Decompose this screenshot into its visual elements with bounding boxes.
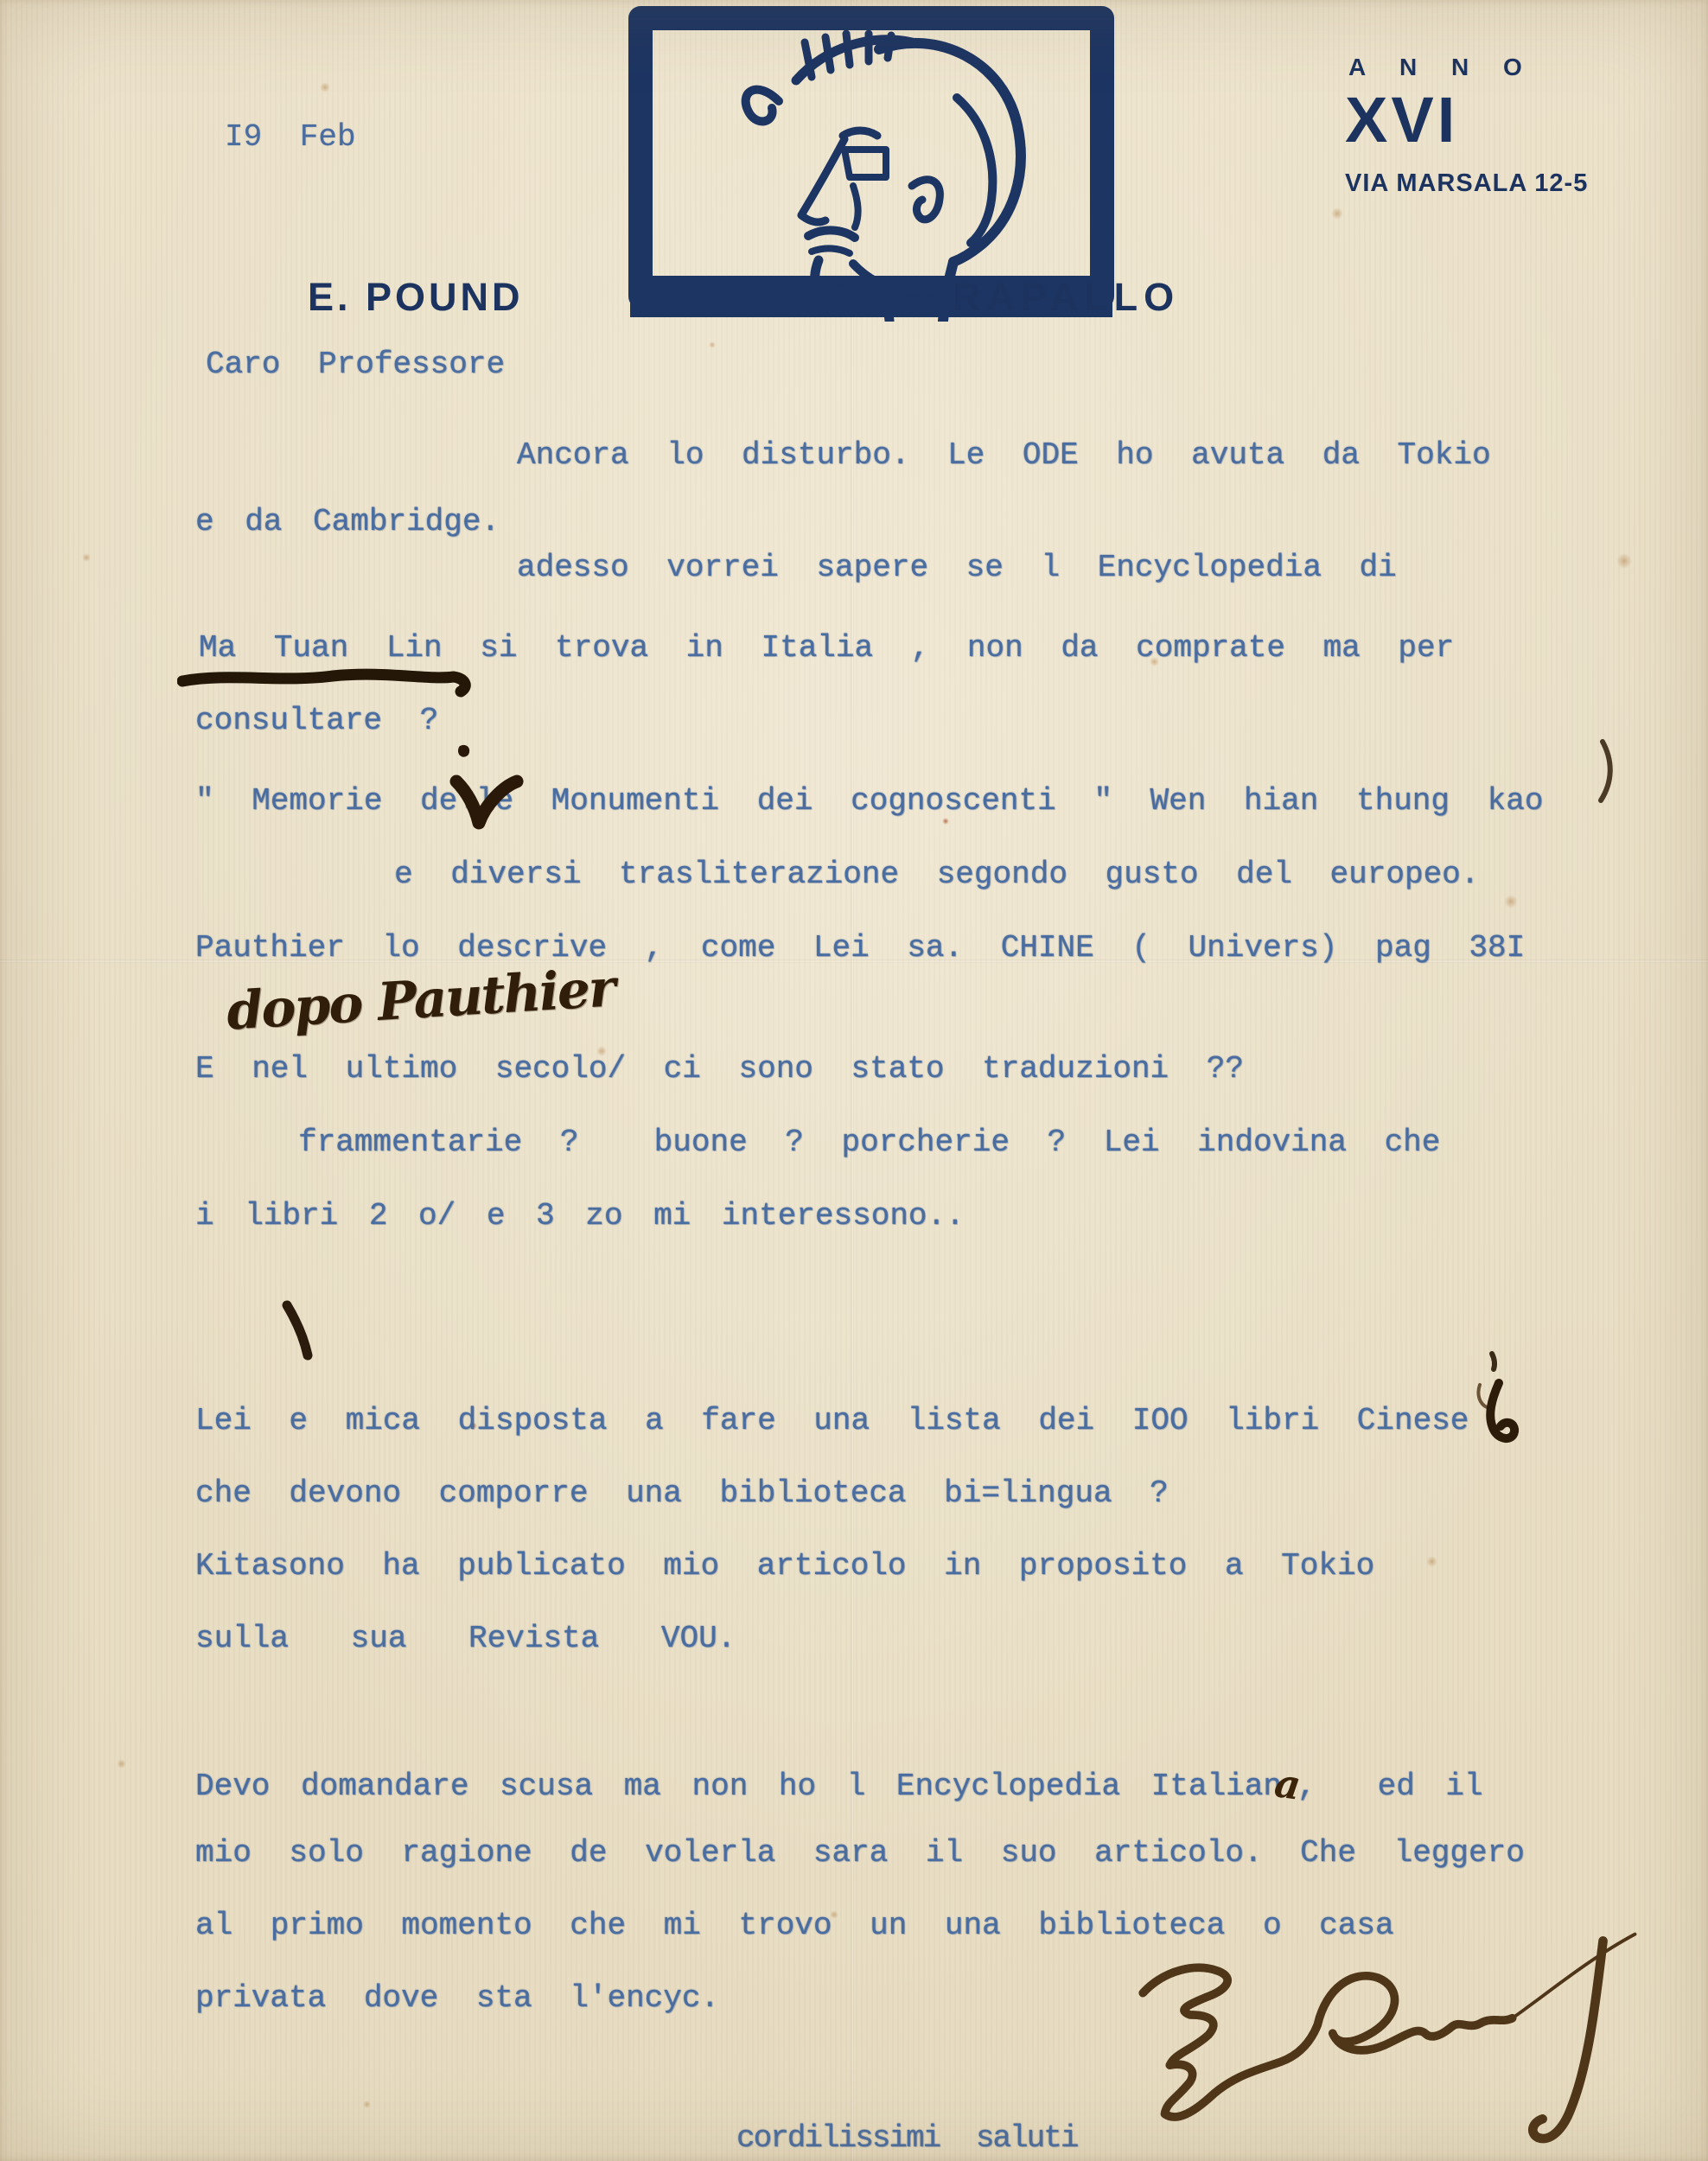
typed-line: sulla sua Revista VOU. [195, 1620, 736, 1658]
letterhead-anno-label: A N N O [1348, 54, 1536, 81]
letterhead-address: VIA MARSALA 12-5 [1345, 169, 1588, 198]
foxing-spot [1616, 553, 1632, 569]
foxing-spot [117, 1759, 126, 1769]
delle-correction-stroke [430, 736, 534, 840]
foxing-spot [1504, 895, 1518, 908]
typed-line: Devo domandare scusa ma non ho l Encyclo… [195, 1762, 1483, 1806]
typed-segment: Devo domandare scusa ma non ho l Encyclo… [195, 1769, 1282, 1804]
foxing-spot [1426, 1556, 1437, 1567]
foxing-spot [82, 553, 91, 562]
foxing-spot [320, 82, 330, 92]
letter-page: I9 Feb E. POUND RAPALLO A N N O XVI VIA … [0, 0, 1708, 2161]
pound-profile-woodcut-icon [627, 3, 1116, 322]
typed-line: Ma Tuan Lin si trova in Italia , non da … [199, 629, 1454, 667]
closing-salute: cordilissimi saluti [736, 2120, 1077, 2158]
typed-line: adesso vorrei sapere se l Encyclopedia d… [517, 549, 1397, 587]
typed-line: consultare ? [195, 702, 438, 740]
typed-line: Lei e mica disposta a fare una lista dei… [195, 1402, 1469, 1440]
foxing-spot [709, 341, 716, 348]
typed-line: i libri 2 o/ e 3 zo mi interessono.. [195, 1197, 965, 1235]
dopo-pauthier-annotation: dopo Pauthier [225, 958, 615, 1042]
ma-tuan-lin-underline [177, 664, 480, 702]
typed-line: mio solo ragione de volerla sara il suo … [195, 1834, 1525, 1872]
typed-line: e da Cambridge. [195, 503, 500, 541]
cinese-correction-mark [1461, 1345, 1539, 1457]
handwritten-letter-a: a [1272, 1763, 1303, 1805]
letterhead-anno-numeral: XVI [1345, 83, 1458, 156]
salutation: Caro Professore [206, 346, 505, 384]
typed-segment: , ed il [1297, 1769, 1483, 1804]
letterhead-city: RAPALLO [953, 275, 1180, 320]
margin-pen-tick [1596, 736, 1625, 809]
ezra-pound-signature [1091, 1926, 1679, 2156]
typed-line: Pauthier lo descrive , come Lei sa. CHIN… [195, 929, 1525, 967]
foxing-spot [1331, 207, 1343, 220]
typed-line: frammentarie ? buone ? porcherie ? Lei i… [298, 1124, 1440, 1162]
typed-line: Ancora lo disturbo. Le ODE ho avuta da T… [517, 437, 1491, 475]
typed-line: Kitasono ha publicato mio articolo in pr… [195, 1547, 1374, 1585]
typed-line: che devono comporre una biblioteca bi=li… [195, 1475, 1169, 1513]
typed-line: E nel ultimo secolo/ ci sono stato tradu… [195, 1050, 1244, 1088]
typed-line: " Memorie delle Monumenti dei cognoscent… [195, 782, 1543, 820]
typed-date: I9 Feb [225, 119, 356, 155]
typed-line: privata dove sta l'encyc. [195, 1979, 719, 2018]
typed-line: e diversi trasliterazione segondo gusto … [394, 856, 1479, 894]
ink-stroke-above-lei [278, 1298, 322, 1367]
letterhead-sender-name: E. POUND [308, 275, 524, 320]
foxing-spot [363, 2100, 371, 2108]
